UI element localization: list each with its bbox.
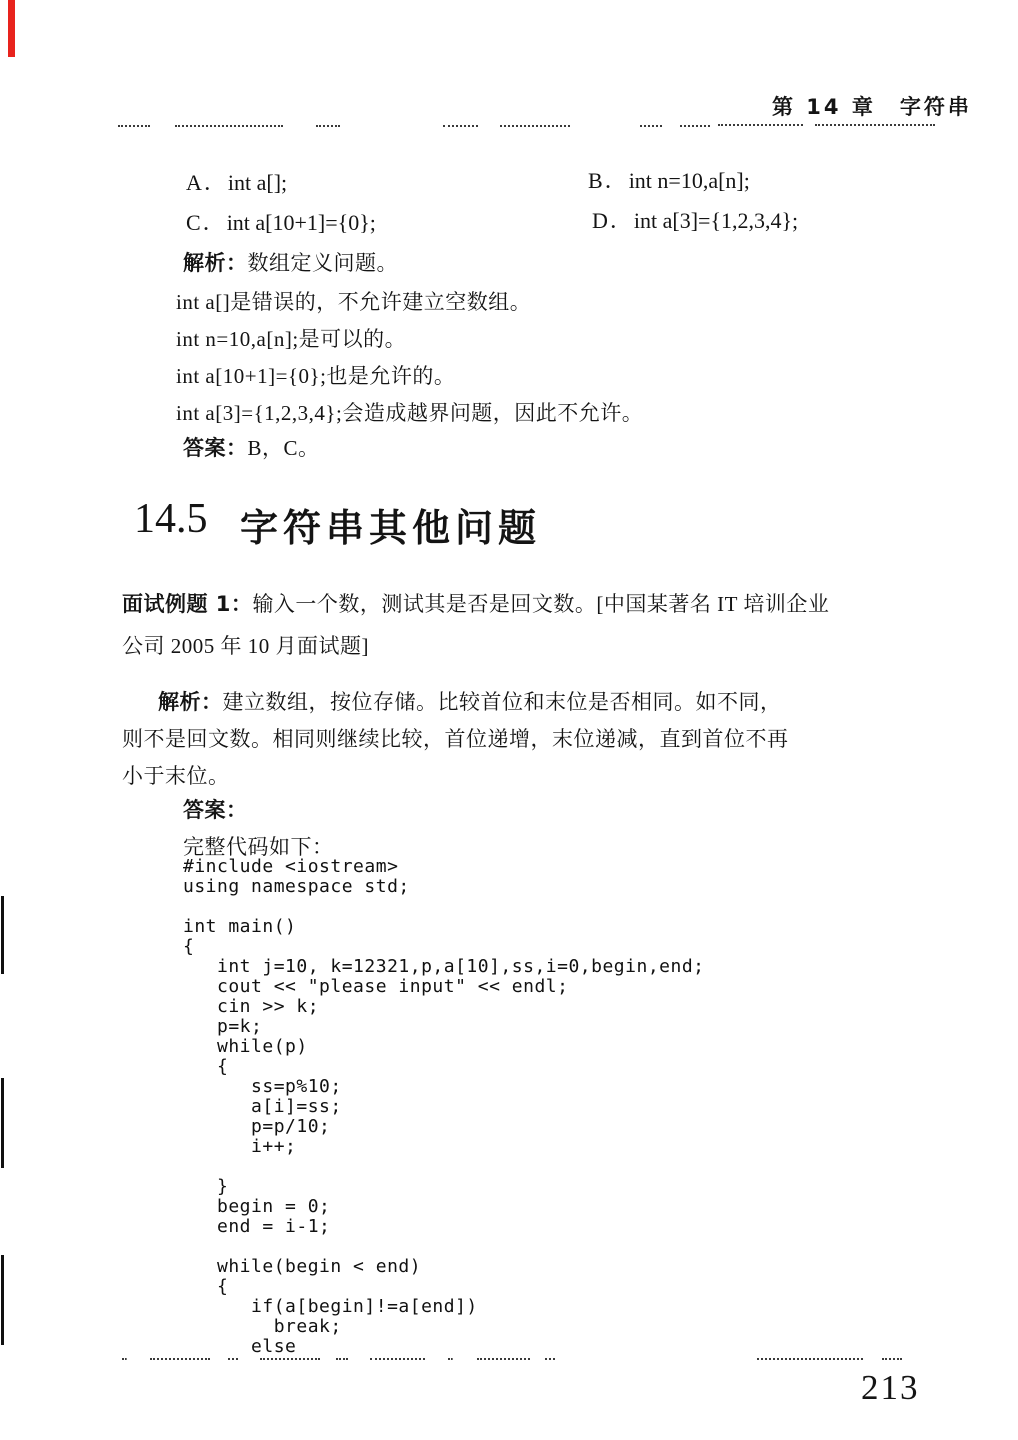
question-text-1: 输入一个数，测试其是否是回文数。[中国某著名 IT 培训企业 (252, 592, 829, 616)
analysis-1-intro: 解析：数组定义问题。 (183, 247, 398, 277)
code-listing: #include <iostream> using namespace std;… (183, 857, 705, 1357)
header-rule (680, 125, 710, 127)
analysis-1-line: int a[10+1]={0};也是允许的。 (176, 360, 455, 390)
option-a-label: A． (186, 170, 228, 195)
footer-rule (150, 1358, 210, 1360)
scan-artifact-red-mark (8, 0, 15, 57)
header-rule (316, 125, 340, 127)
option-c: C．int a[10+1]={0}; (186, 206, 376, 237)
page-number: 213 (861, 1368, 920, 1408)
chapter-header: 第 14 章 字符串 (772, 91, 972, 121)
option-b-label: B． (588, 168, 629, 193)
footer-rule (122, 1358, 127, 1360)
option-b: B．int n=10,a[n]; (588, 164, 750, 195)
scan-artifact-left-line (1, 1078, 4, 1168)
option-c-label: C． (186, 210, 227, 235)
footer-rule (882, 1358, 902, 1360)
footer-rule (757, 1358, 863, 1360)
answer-2-label-text: 答案： (183, 798, 248, 822)
footer-rule (545, 1358, 555, 1360)
option-c-text: int a[10+1]={0}; (227, 210, 376, 235)
analysis-1-line: int a[]是错误的，不允许建立空数组。 (176, 286, 531, 316)
footer-rule (228, 1358, 238, 1360)
footer-rule (477, 1358, 530, 1360)
option-d-label: D． (592, 208, 634, 233)
option-d-text: int a[3]={1,2,3,4}; (634, 208, 798, 233)
question-line-1: 面试例题 1：输入一个数，测试其是否是回文数。[中国某著名 IT 培训企业 (122, 588, 829, 618)
option-a: A．int a[]; (186, 166, 287, 197)
answer-1-text: B，C。 (248, 436, 320, 460)
analysis-2-line-1: 解析：建立数组，按位存储。比较首位和末位是否相同。如不同， (158, 686, 782, 716)
header-rule (443, 125, 478, 127)
footer-rule (260, 1358, 320, 1360)
footer-rule (336, 1358, 348, 1360)
analysis-1-line: int a[3]={1,2,3,4};会造成越界问题，因此不允许。 (176, 397, 643, 427)
answer-1: 答案：B，C。 (183, 432, 320, 462)
option-b-text: int n=10,a[n]; (629, 168, 750, 193)
answer-2-label: 答案： (183, 794, 248, 824)
section-number: 14.5 (134, 495, 208, 543)
header-rule (718, 124, 803, 126)
footer-rule (370, 1358, 425, 1360)
option-a-text: int a[]; (228, 170, 287, 195)
analysis-1-label: 解析： (183, 251, 248, 275)
header-rule (640, 125, 662, 127)
book-page: 第 14 章 字符串 A．int a[]; B．int n=10,a[n]; C… (0, 0, 1018, 1440)
footer-rule (448, 1358, 453, 1360)
answer-1-label: 答案： (183, 436, 248, 460)
header-rule (118, 125, 150, 127)
header-rule (500, 125, 570, 127)
question-label: 面试例题 1： (122, 592, 252, 616)
question-line-2: 公司 2005 年 10 月面试题] (122, 630, 369, 660)
scan-artifact-left-line (1, 1255, 4, 1345)
analysis-2-line-3: 小于末位。 (122, 760, 230, 790)
analysis-1-line: int n=10,a[n];是可以的。 (176, 323, 406, 353)
analysis-1-intro-text: 数组定义问题。 (248, 251, 399, 275)
analysis-2-text-1: 建立数组，按位存储。比较首位和末位是否相同。如不同， (223, 690, 782, 714)
scan-artifact-left-line (1, 896, 4, 974)
option-d: D．int a[3]={1,2,3,4}; (592, 204, 798, 235)
header-rule (815, 124, 935, 126)
analysis-2-line-2: 则不是回文数。相同则继续比较，首位递增，末位递减，直到首位不再 (122, 723, 789, 753)
analysis-2-label: 解析： (158, 690, 223, 714)
section-title: 字符串其他问题 (240, 497, 541, 552)
header-rule (175, 125, 283, 127)
